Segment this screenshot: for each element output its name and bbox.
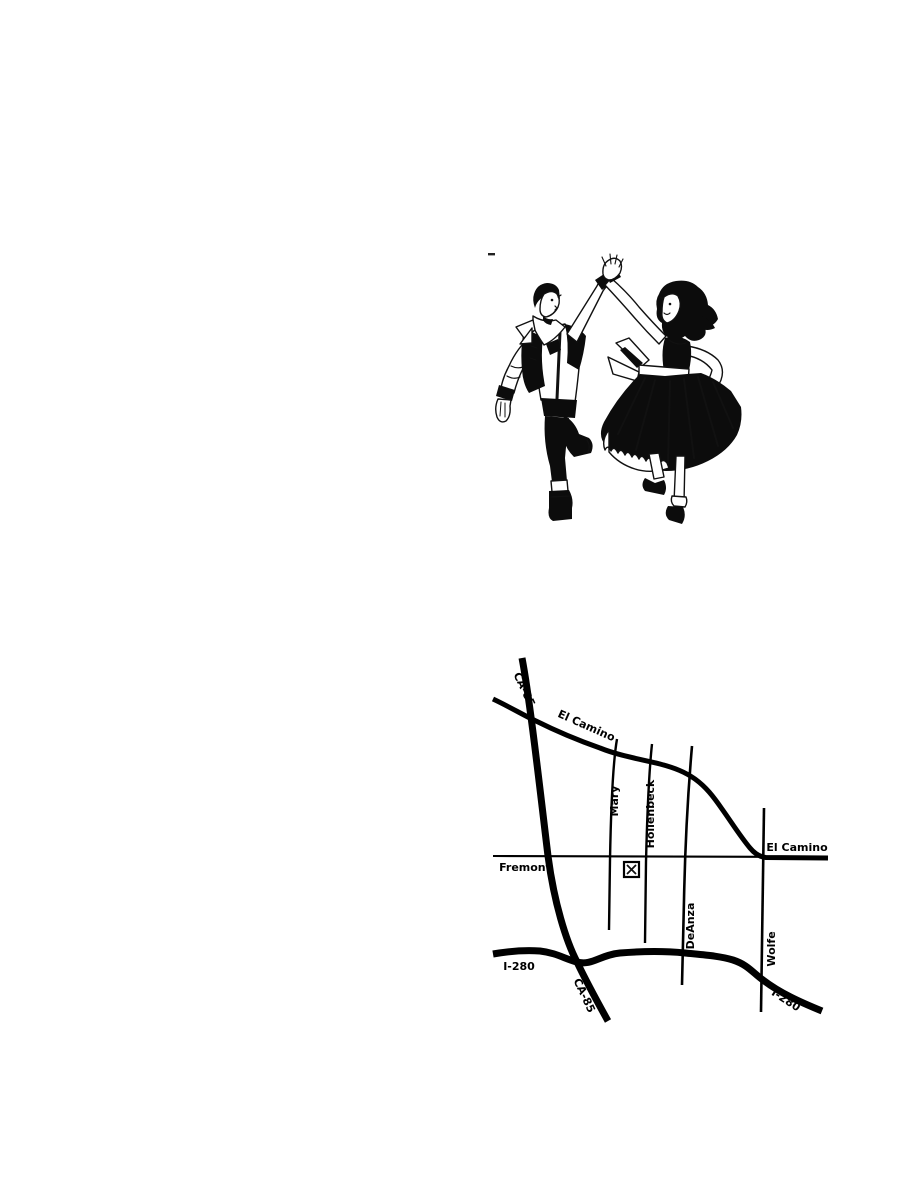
map-minor-roads — [493, 739, 828, 1012]
label-el-camino-right: El Camino — [766, 841, 828, 854]
man-rear-hand — [496, 399, 511, 422]
x-location-marker — [624, 862, 639, 877]
man-dancer — [496, 272, 613, 521]
woman-eye — [669, 303, 672, 306]
man-face — [540, 292, 559, 318]
label-mary: Mary — [608, 786, 621, 817]
label-el-camino-top: El Camino — [556, 707, 618, 744]
label-deanza: DeAnza — [684, 903, 697, 950]
label-fremont: Fremont — [499, 861, 551, 874]
woman-dancer — [601, 268, 742, 524]
man-waistband — [541, 398, 577, 418]
man-eye — [551, 299, 554, 302]
hand-drawn-street-map: CA-85 El Camino Mary Hollenbeck El Camin… — [485, 650, 840, 1030]
road-mary — [609, 739, 617, 930]
label-hollenbeck: Hollenbeck — [644, 779, 657, 848]
square-dance-couple-illustration — [487, 250, 745, 537]
man-boot — [549, 490, 573, 521]
woman-front-shoe — [643, 478, 667, 495]
document-page: CA-85 El Camino Mary Hollenbeck El Camin… — [0, 0, 918, 1188]
scan-dash-mark — [488, 253, 495, 255]
label-i280-left: I-280 — [503, 960, 535, 973]
label-ca85-top: CA-85 — [511, 670, 538, 709]
man-standing-leg — [545, 416, 569, 482]
woman-sock-ruffle — [671, 496, 686, 507]
label-i280-bottom: I-280 — [769, 986, 803, 1014]
label-wolfe: Wolfe — [765, 931, 778, 966]
woman-rear-shoe — [666, 506, 685, 524]
